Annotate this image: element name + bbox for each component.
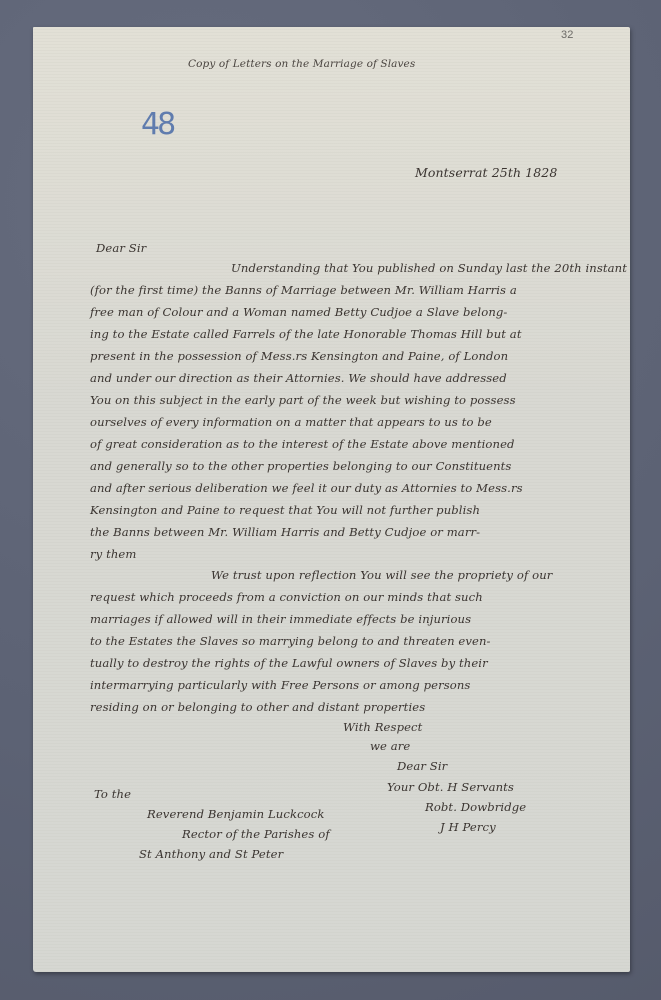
addressee-parishes: St Anthony and St Peter — [139, 847, 283, 861]
body-line: You on this subject in the early part of… — [90, 393, 516, 407]
body-line: (for the first time) the Banns of Marria… — [90, 283, 517, 297]
addressee-title: Rector of the Parishes of — [182, 827, 330, 841]
body-line: marriages if allowed will in their immed… — [90, 612, 471, 626]
body-line: ing to the Estate called Farrels of the … — [90, 327, 522, 341]
manuscript-page: 32 48 Copy of Letters on the Marriage of… — [33, 27, 630, 972]
body-line: and generally so to the other properties… — [90, 459, 511, 473]
closing-with-respect: With Respect — [343, 720, 422, 734]
body-line: intermarrying particularly with Free Per… — [90, 678, 470, 692]
pencil-annotation: 48 — [141, 107, 173, 142]
body-line: and under our direction as their Attorni… — [90, 371, 507, 385]
body-line: Kensington and Paine to request that You… — [90, 503, 480, 517]
body-line: and after serious deliberation we feel i… — [90, 481, 523, 495]
salutation: Dear Sir — [96, 241, 146, 255]
body-line: to the Estates the Slaves so marrying be… — [90, 634, 491, 648]
closing-dear-sir: Dear Sir — [397, 759, 447, 773]
addressee-to-the: To the — [94, 787, 131, 801]
body-line: tually to destroy the rights of the Lawf… — [90, 656, 488, 670]
body-line: request which proceeds from a conviction… — [90, 590, 483, 604]
folio-number: 32 — [561, 29, 573, 41]
signature-percy: J H Percy — [440, 820, 496, 834]
body-line: ry them — [90, 547, 136, 561]
signature-dowbridge: Robt. Dowbridge — [425, 800, 526, 814]
body-line: We trust upon reflection You will see th… — [211, 568, 552, 582]
closing-we-are: we are — [370, 739, 410, 753]
body-line: of great consideration as to the interes… — [90, 437, 515, 451]
closing-servants: Your Obt. H Servants — [387, 780, 514, 794]
body-line: free man of Colour and a Woman named Bet… — [90, 305, 507, 319]
addressee-name: Reverend Benjamin Luckcock — [147, 807, 324, 821]
body-line: present in the possession of Mess.rs Ken… — [90, 349, 508, 363]
body-line: ourselves of every information on a matt… — [90, 415, 492, 429]
place-date: Montserrat 25th 1828 — [415, 165, 557, 180]
document-heading: Copy of Letters on the Marriage of Slave… — [188, 58, 415, 70]
body-line: residing on or belonging to other and di… — [90, 700, 425, 714]
body-line: the Banns between Mr. William Harris and… — [90, 525, 480, 539]
body-line: Understanding that You published on Sund… — [231, 261, 627, 275]
